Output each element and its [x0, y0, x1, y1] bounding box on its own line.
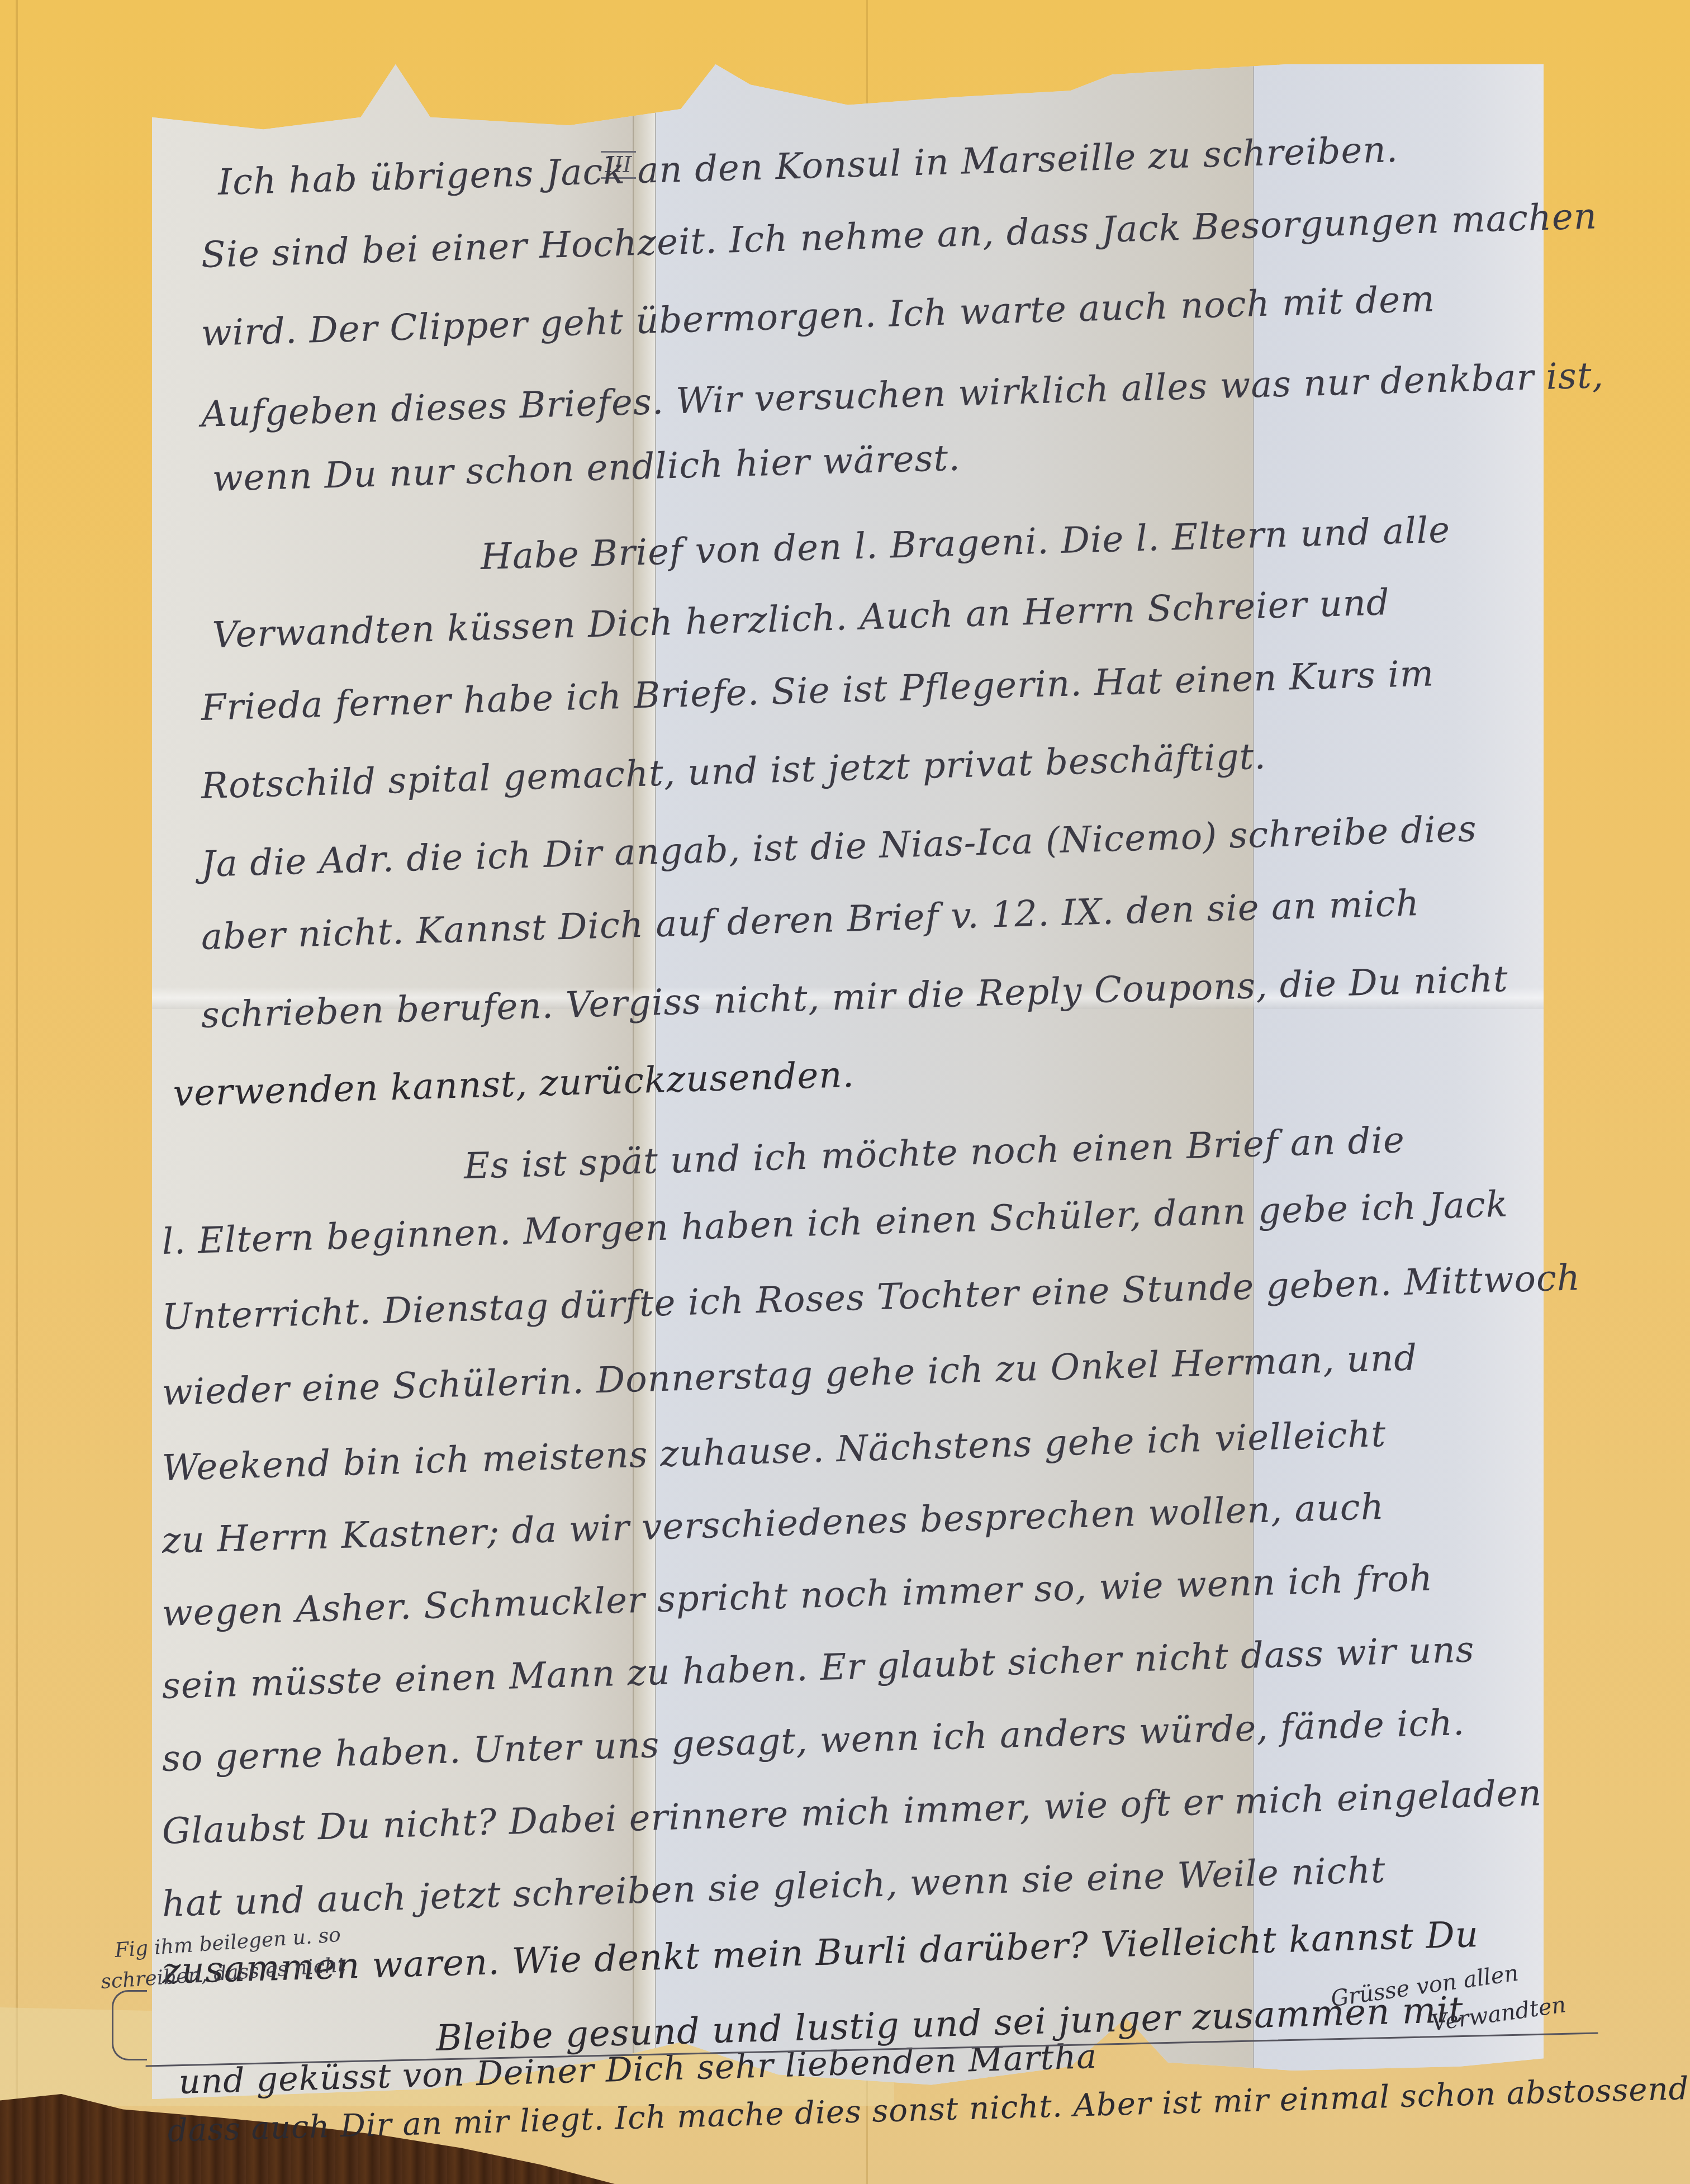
envelope-edge [16, 0, 18, 2184]
insertion-bracket [112, 1990, 147, 2060]
